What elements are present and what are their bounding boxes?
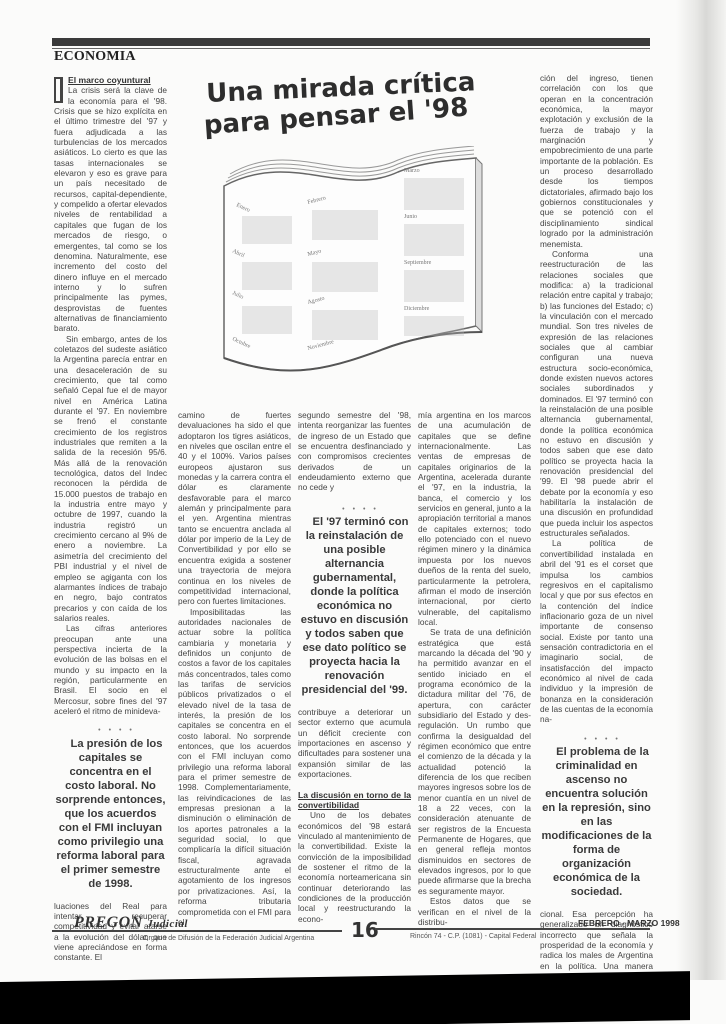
pull-quote: El '97 terminó con la reinstalación de u… (298, 515, 411, 697)
paragraph: Estos datos que se verifican en el nivel… (418, 896, 531, 927)
paragraph: contribuye a deteriorar un sector extern… (298, 707, 411, 779)
article-column-1: El marco coyuntural La crisis será la cl… (54, 75, 167, 963)
paragraph: Sin embargo, antes de los coletazos del … (54, 334, 167, 624)
paragraph: Uno de los debates económicos del '98 es… (298, 810, 411, 924)
section-marker-icon (54, 77, 63, 103)
section-title: ECONOMIA (54, 49, 136, 65)
paragraph: Las cifras anteriores preocupan ante una… (54, 623, 167, 716)
paragraph: mía argentina en los marcos de una acumu… (418, 410, 531, 627)
article-column-5: ción del ingreso, tienen correlación con… (540, 73, 653, 981)
svg-text:Junio: Junio (404, 214, 417, 220)
page-fold-shadow (676, 0, 726, 980)
paragraph: ción del ingreso, tienen correlación con… (540, 73, 653, 249)
paragraph: Imposibilitadas las autoridades nacional… (178, 607, 291, 928)
paragraph: Conforma una reestructuración de las rel… (540, 249, 653, 539)
paragraph: Se trata de una definición estratégica q… (418, 627, 531, 896)
publisher-address: Rincón 74 - C.P. (1081) - Capital Federa… (410, 933, 536, 940)
separator-dots: • • • • (298, 505, 411, 515)
headline: Una mirada crítica para pensar el '98 (205, 78, 505, 142)
svg-text:Marzo: Marzo (404, 168, 420, 174)
issue-date: FEBRERO - MARZO 1998 (578, 918, 680, 928)
article-column-4: mía argentina en los marcos de una acumu… (418, 410, 531, 927)
subhead-marco-coyuntural: El marco coyuntural (68, 75, 151, 85)
logo-text: PREGON (74, 914, 143, 931)
paragraph: La crisis será la clave de la economía p… (54, 85, 167, 333)
logo-subtext: Judicial (147, 918, 188, 930)
subhead-convertibilidad: La discusión en torno de la convertibili… (298, 790, 411, 810)
svg-text:Septiembre: Septiembre (404, 260, 432, 266)
footer-rule-right (375, 928, 650, 930)
header-bar (52, 38, 650, 46)
footer-rule-left (52, 930, 342, 932)
calendar-illustration: Enero Abril Julio Octubre Febrero Mayo A… (222, 146, 484, 386)
pull-quote: El problema de la criminalidad en ascens… (540, 745, 653, 899)
paragraph: segundo semestre del '98, intenta reorga… (298, 410, 411, 493)
scan-border (0, 971, 690, 1024)
article-column-2: camino de fuertes devaluaciones ha sido … (178, 410, 291, 927)
newspaper-page: ECONOMIA Una mirada crítica para pensar … (0, 0, 726, 1024)
pull-quote: La presión de los capitales se concentra… (54, 737, 167, 891)
paragraph: camino de fuertes devaluaciones ha sido … (178, 410, 291, 607)
separator-dots: • • • • (540, 735, 653, 745)
organ-caption: Organo de Difusión de la Federación Judi… (143, 935, 314, 942)
separator-dots: • • • • (54, 726, 167, 736)
article-column-3: segundo semestre del '98, intenta reorga… (298, 410, 411, 924)
paragraph: La política de convertibilidad instalada… (540, 538, 653, 724)
header-rule (52, 48, 650, 49)
svg-text:Diciembre: Diciembre (404, 306, 430, 312)
page-number: 16 (351, 918, 379, 942)
